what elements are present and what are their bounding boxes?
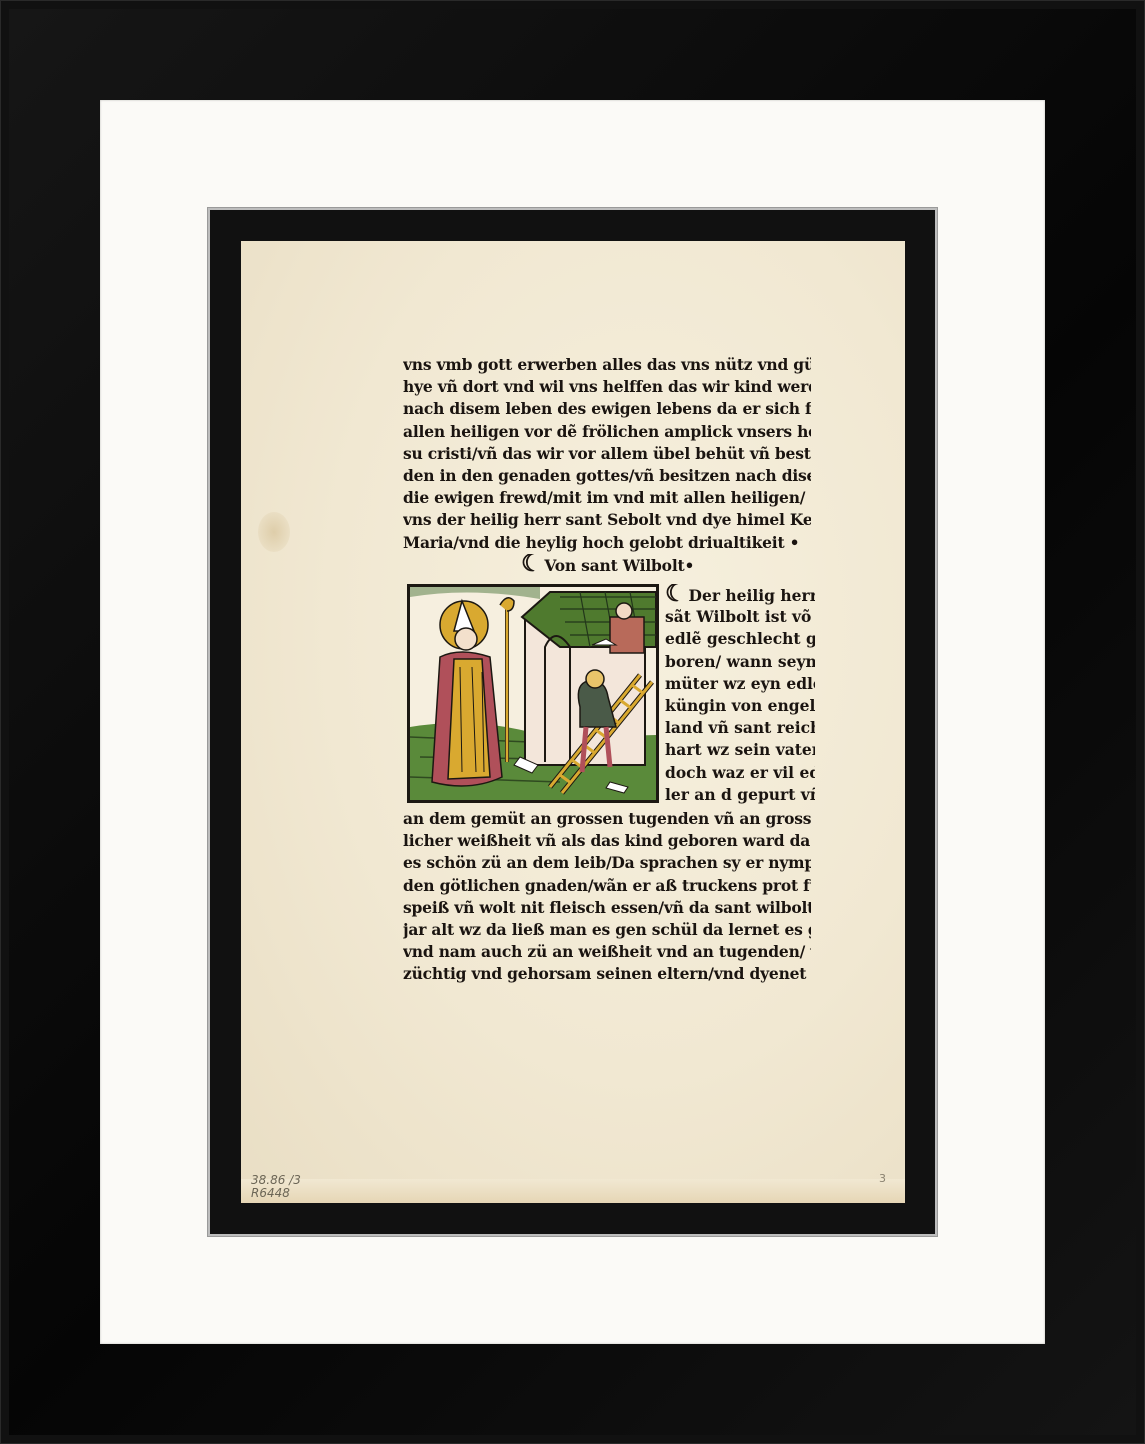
- text-line: nach disem leben des ewigen lebens da er…: [403, 398, 811, 420]
- text-line: edlẽ geschlecht ge-: [665, 628, 815, 650]
- text-line: ler an d gepurt vñ: [665, 784, 815, 806]
- text-line: es schön zü an dem leib/Da sprachen sy e…: [403, 852, 811, 874]
- inventory-number: 38.86 /3 R6448: [251, 1174, 301, 1200]
- top-text-block: vns vmb gott erwerben alles das vns nütz…: [403, 354, 811, 576]
- right-column-text: ☾Der heilig herr sãt Wilbolt ist võ edlẽ…: [665, 584, 815, 806]
- text-line: an dem gemüt an grossen tugenden vñ an g…: [403, 808, 811, 830]
- woodcut-image: [410, 587, 656, 800]
- bottom-text-block: an dem gemüt an grossen tugenden vñ an g…: [403, 808, 811, 986]
- text-line: licher weißheit vñ als das kind geboren …: [403, 830, 811, 852]
- text-line: sãt Wilbolt ist võ: [665, 606, 815, 628]
- text-line: vns vmb gott erwerben alles das vns nütz…: [403, 354, 811, 376]
- text-line: müter wz eyn edle: [665, 673, 815, 695]
- text-line: jar alt wz da ließ man es gen schül da l…: [403, 919, 811, 941]
- woodcut-illustration: [407, 584, 659, 803]
- text-line: die ewigen frewd/mit im vnd mit allen he…: [403, 487, 811, 509]
- text-line: allen heiligen vor dẽ frölichen amplick …: [403, 421, 811, 443]
- text-line: küngin von engel-: [665, 695, 815, 717]
- text-line: den in den genaden gottes/vñ besitzen na…: [403, 465, 811, 487]
- pilcrow-icon: ☾: [521, 554, 542, 576]
- text-line: boren/ wann seyn: [665, 651, 815, 673]
- text-line: doch waz er vil ed: [665, 762, 815, 784]
- text-line: züchtig vnd gehorsam seinen eltern/vnd d…: [403, 963, 811, 985]
- text-line: vnd nam auch zü an weißheit vnd an tugen…: [403, 941, 811, 963]
- page-number: 3: [879, 1172, 886, 1185]
- text-line: ☾Der heilig herr: [665, 584, 815, 606]
- text-line: hye vñ dort vnd wil vns helffen das wir …: [403, 376, 811, 398]
- heading-text: Von sant Wilbolt•: [544, 556, 694, 575]
- text-line: su cristi/vñ das wir vor allem übel behü…: [403, 443, 811, 465]
- text-line: hart wz sein vater: [665, 739, 815, 761]
- text-line: vns der heilig herr sant Sebolt vnd dye …: [403, 509, 811, 531]
- text-line: den götlichen gnaden/wãn er aß truckens …: [403, 875, 811, 897]
- paper-stain: [258, 512, 290, 552]
- text-line: Maria/vnd die heylig hoch gelobt driualt…: [403, 532, 811, 554]
- section-heading: ☾Von sant Wilbolt•: [403, 554, 811, 576]
- text-line: land vñ sant reich=: [665, 717, 815, 739]
- text-line: speiß vñ wolt nit fleisch essen/vñ da sa…: [403, 897, 811, 919]
- pilcrow-icon: ☾: [665, 584, 687, 606]
